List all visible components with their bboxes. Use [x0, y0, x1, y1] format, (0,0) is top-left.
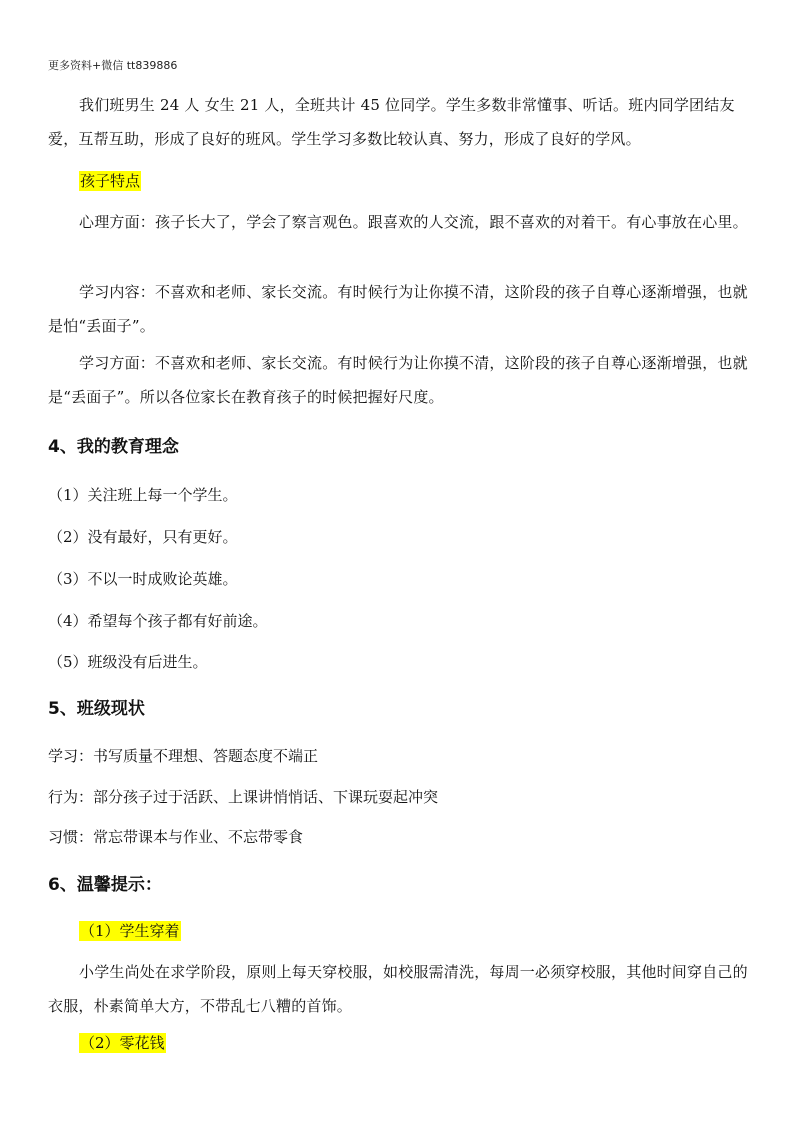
child-traits-heading: 孩子特点 — [79, 170, 141, 191]
pocket-money-heading: （2）零花钱 — [79, 1032, 166, 1053]
psychology-paragraph: 心理方面：孩子长大了，学会了察言观色。跟喜欢的人交流，跟不喜欢的对着干。有心事放… — [48, 205, 748, 239]
section4-title: 4、我的教育理念 — [48, 432, 179, 457]
status-item: 行为：部分孩子过于活跃、上课讲悄悄话、下课玩耍起冲突 — [48, 786, 438, 807]
pocket-money-label: （2）零花钱 — [79, 1033, 166, 1053]
status-item: 习惯：常忘带课本与作业、不忘带零食 — [48, 826, 303, 847]
philosophy-item: （4）希望每个孩子都有好前途。 — [48, 610, 268, 631]
attire-heading: （1）学生穿着 — [79, 920, 181, 941]
section5-title: 5、班级现状 — [48, 694, 145, 719]
learning-aspect-paragraph: 学习方面：不喜欢和老师、家长交流。有时候行为让你摸不清，这阶段的孩子自尊心逐渐增… — [48, 346, 748, 414]
document-page: 更多资料+微信 tt839886 我们班男生 24 人 女生 21 人，全班共计… — [0, 0, 793, 1122]
philosophy-item: （1）关注班上每一个学生。 — [48, 484, 238, 505]
header-note: 更多资料+微信 tt839886 — [48, 57, 177, 73]
attire-label: （1）学生穿着 — [79, 921, 181, 941]
learning-content-paragraph: 学习内容：不喜欢和老师、家长交流。有时候行为让你摸不清，这阶段的孩子自尊心逐渐增… — [48, 275, 748, 343]
philosophy-item: （5）班级没有后进生。 — [48, 651, 208, 672]
philosophy-item: （3）不以一时成败论英雄。 — [48, 568, 238, 589]
philosophy-item: （2）没有最好，只有更好。 — [48, 526, 238, 547]
status-item: 学习：书写质量不理想、答题态度不端正 — [48, 745, 318, 766]
attire-paragraph: 小学生尚处在求学阶段，原则上每天穿校服，如校服需清洗，每周一必须穿校服，其他时间… — [48, 955, 748, 1023]
intro-paragraph: 我们班男生 24 人 女生 21 人，全班共计 45 位同学。学生多数非常懂事、… — [48, 88, 748, 156]
section6-title: 6、温馨提示： — [48, 870, 162, 895]
child-traits-label: 孩子特点 — [79, 171, 141, 191]
